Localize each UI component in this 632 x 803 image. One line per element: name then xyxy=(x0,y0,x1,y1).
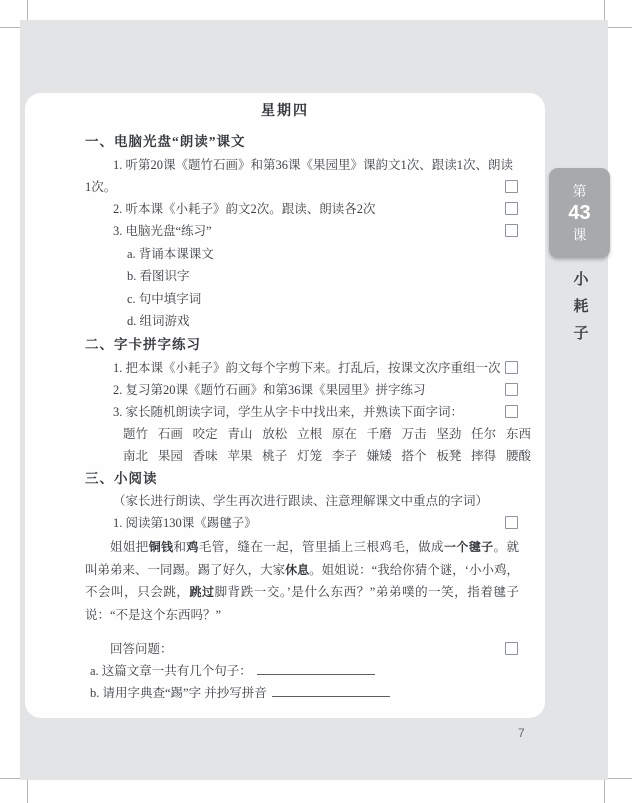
word: 任尔 xyxy=(471,425,496,443)
crop-mark xyxy=(608,778,632,779)
checkbox[interactable] xyxy=(505,361,518,374)
checkbox[interactable] xyxy=(505,224,518,237)
checkbox[interactable] xyxy=(505,383,518,396)
task-line: 2. 复习第20课《题竹石画》和第36课《果园里》拼字练习 xyxy=(25,381,632,399)
passage-segment: 休息 xyxy=(285,563,309,577)
passage-segment: 跳过 xyxy=(189,585,214,599)
task-line: 3. 电脑光盘“练习” xyxy=(25,222,632,240)
word: 立根 xyxy=(297,425,322,443)
word: 摔得 xyxy=(471,447,496,465)
answer-heading: 回答问题： xyxy=(110,642,173,656)
passage-segment: 铜钱 xyxy=(149,540,174,554)
task-text: 1. 把本课《小耗子》韵文每个字剪下来。打乱后，按课文次序重组一次 xyxy=(113,361,501,375)
word: 青山 xyxy=(227,425,252,443)
word: 果园 xyxy=(158,447,183,465)
task-line: 3. 家长随机朗读字词，学生从字卡中找出来，并熟读下面字词： xyxy=(25,403,632,421)
page-number: 7 xyxy=(518,726,525,740)
word: 石画 xyxy=(158,425,183,443)
word: 咬定 xyxy=(193,425,218,443)
content-panel: 星期四 一、电脑光盘“朗读”课文 1. 听第20课《题竹石画》和第36课《果园里… xyxy=(25,93,545,718)
checkbox[interactable] xyxy=(505,516,518,529)
task-text: 1次。 xyxy=(85,180,116,194)
question-line: a. 这篇文章一共有几个句子： xyxy=(25,662,610,680)
task-text: 3. 家长随机朗读字词，学生从字卡中找出来，并熟读下面字词： xyxy=(113,405,463,419)
crop-mark xyxy=(608,27,632,28)
crop-mark xyxy=(27,778,28,803)
question-line: b. 请用字典查“踢”字 并抄写拼音 xyxy=(25,684,610,702)
sub-task: a. 背诵本课课文 xyxy=(25,245,632,263)
word-list-row: 题竹石画咬定青山放松立根原在千磨万击坚劲任尔东西 xyxy=(123,425,531,443)
reading-passage: 姐姐把铜钱和鸡毛管，缝在一起，管里插上三根鸡毛，做成一个毽子。就叫弟弟来、一同踢… xyxy=(85,536,519,626)
day-title: 星期四 xyxy=(25,101,545,119)
task-line: 回答问题： xyxy=(25,640,630,658)
word: 搭个 xyxy=(402,447,427,465)
task-line: 1. 听第20课《题竹石画》和第36课《果园里》课韵文1次、跟读1次、朗读 xyxy=(25,156,632,174)
word: 南北 xyxy=(123,447,148,465)
word: 李子 xyxy=(332,447,357,465)
word: 苹果 xyxy=(227,447,252,465)
section-note: （家长进行朗读、学生再次进行跟读、注意理解课文中重点的字词） xyxy=(25,492,632,510)
sub-task: d. 组词游戏 xyxy=(25,312,632,330)
question-text: b. 请用字典查“踢”字 并抄写拼音 xyxy=(90,686,267,700)
word: 板凳 xyxy=(436,447,461,465)
task-text: 2. 听本课《小耗子》韵文2次。跟读、朗读各2次 xyxy=(113,202,376,216)
task-text: 3. 电脑光盘“练习” xyxy=(113,224,212,238)
word: 嫌矮 xyxy=(367,447,392,465)
checkbox[interactable] xyxy=(505,642,518,655)
task-line: 1. 把本课《小耗子》韵文每个字剪下来。打乱后，按课文次序重组一次 xyxy=(25,359,632,377)
checkbox[interactable] xyxy=(505,180,518,193)
section-one-heading: 一、电脑光盘“朗读”课文 xyxy=(25,133,605,151)
word: 坚劲 xyxy=(436,425,461,443)
word: 灯笼 xyxy=(297,447,322,465)
passage-segment: 一个毽子 xyxy=(444,540,494,554)
task-line: 1次。 xyxy=(25,178,605,196)
word: 万击 xyxy=(402,425,427,443)
word: 千磨 xyxy=(367,425,392,443)
word: 东西 xyxy=(506,425,531,443)
word: 原在 xyxy=(332,425,357,443)
sub-task: b. 看图识字 xyxy=(25,267,632,285)
section-three-heading: 三、小阅读 xyxy=(25,470,605,488)
passage-segment: 和 xyxy=(174,540,187,554)
word: 桃子 xyxy=(262,447,287,465)
passage-segment: 毛管，缝在一起，管里插上三根鸡毛，做成 xyxy=(199,540,444,554)
word: 香味 xyxy=(193,447,218,465)
checkbox[interactable] xyxy=(505,405,518,418)
scanned-workbook-page: { "header": { "title": "星期四" }, "sidebar… xyxy=(0,0,632,803)
question-text: a. 这篇文章一共有几个句子： xyxy=(90,664,252,678)
word: 放松 xyxy=(262,425,287,443)
word-list-row: 南北果园香味苹果桃子灯笼李子嫌矮搭个板凳摔得腰酸 xyxy=(123,447,531,465)
word: 题竹 xyxy=(123,425,148,443)
task-line: 1. 阅读第130课《踢毽子》 xyxy=(25,514,632,532)
checkbox[interactable] xyxy=(505,202,518,215)
task-line: 2. 听本课《小耗子》韵文2次。跟读、朗读各2次 xyxy=(25,200,632,218)
passage-segment: 姐姐把 xyxy=(110,540,149,554)
task-text: 2. 复习第20课《题竹石画》和第36课《果园里》拼字练习 xyxy=(113,383,426,397)
answer-blank xyxy=(272,684,390,697)
crop-mark xyxy=(604,778,605,803)
task-text: 1. 阅读第130课《踢毽子》 xyxy=(113,516,257,530)
word: 腰酸 xyxy=(506,447,531,465)
passage-segment: 鸡 xyxy=(186,540,198,554)
answer-blank xyxy=(257,662,375,675)
section-two-heading: 二、字卡拼字练习 xyxy=(25,336,605,354)
sub-task: c. 句中填字词 xyxy=(25,290,632,308)
